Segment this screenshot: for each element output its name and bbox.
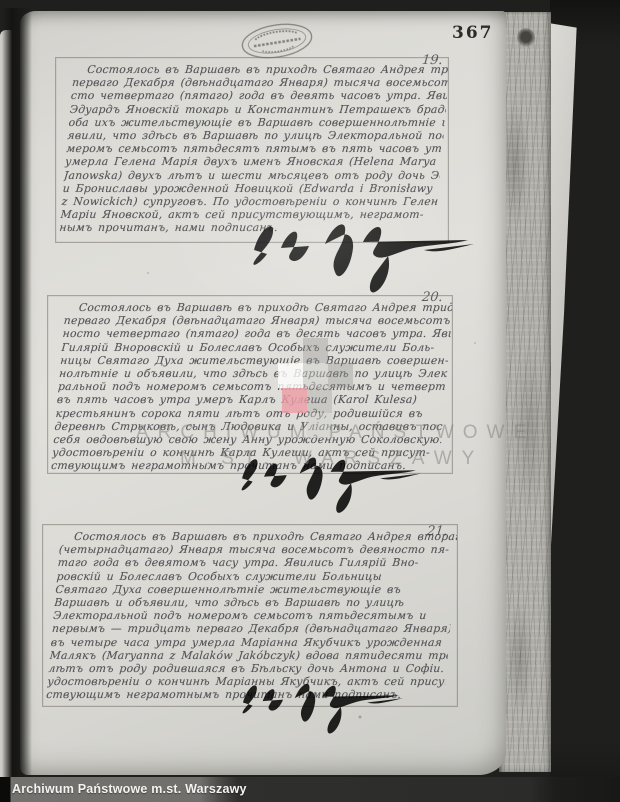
handwritten-line: Электоральной подъ номеромъ семьсотъ пят…	[53, 609, 452, 622]
handwritten-line: явили, что здѣсь въ Варшавѣ по улицѣ Эле…	[67, 129, 444, 142]
handwritten-line: деревнѣ Стрыковѣ, сынъ Людовика и Уліанн…	[54, 420, 443, 433]
handwritten-line: перваго Декабря (двѣнадцатаго Января) ты…	[72, 76, 449, 89]
handwritten-line: Эдуардъ Яновскій токарь и Константинъ Пе…	[69, 103, 446, 116]
handwritten-line: (четырнадцатаго) Января тысяча восемьсот…	[58, 543, 457, 556]
handwritten-line: крестьянинъ сорока пяти лѣтъ отъ роду, р…	[55, 407, 444, 420]
handwritten-line: Гилярій Вноровскій и Болеславъ Особыхъ с…	[61, 341, 450, 354]
footer-bar: Archiwum Państwowe m.st. Warszawy	[0, 777, 620, 802]
handwritten-line: Состоялось въ Варшавѣ въ приходѣ Святаго…	[64, 301, 453, 314]
book-page-block-edge	[499, 12, 551, 772]
previous-page-edge	[0, 30, 12, 790]
register-page: 367 19. Состоя	[20, 11, 506, 775]
handwritten-line: Состоялось въ Варшавѣ въ приходѣ Святаго…	[73, 63, 449, 76]
photo-scene: 367 19. Состоя	[0, 0, 620, 802]
handwritten-line: меромъ семьсотъ пятьдесятъ пятымъ въ пят…	[66, 142, 443, 155]
handwritten-line: первымъ — тридцать перваго Декабря (двѣн…	[51, 622, 450, 635]
handwritten-line: ницы Святаго Духа жительствующіе въ Варш…	[60, 354, 449, 367]
handwritten-line: носто четвертаго (пятаго) года въ десять…	[62, 327, 451, 340]
handwritten-line: Святаго Духа совершеннолѣтніе жительству…	[55, 583, 454, 596]
edge-hole-mark	[517, 28, 535, 48]
handwritten-line: ральной подъ номеромъ семьсотъ пятьдесят…	[57, 380, 446, 393]
handwritten-line: нолѣтніе и объявили, что здѣсь въ Варшав…	[59, 367, 448, 380]
handwritten-line: Состоялось въ Варшавѣ въ приходѣ Святаго…	[60, 530, 458, 543]
handwritten-line: Малякъ (Maryanna z Malaków Jakóbczyk) вд…	[49, 649, 448, 662]
footer-archive-label: Archiwum Państwowe m.st. Warszawy	[12, 781, 247, 798]
handwritten-line: въ пять часовъ утра умеръ Карлъ Кулеша (…	[56, 393, 445, 406]
handwritten-line: оба ихъ жительствующіе въ Варшавѣ соверш…	[68, 116, 445, 129]
handwritten-line: умерла Гелена Марія двухъ именъ Яновская…	[65, 155, 442, 168]
page-number: 367	[452, 25, 506, 42]
handwritten-line: ровскій и Болеславъ Особыхъ служители Бо…	[56, 570, 455, 583]
priest-signature-20-icon	[198, 441, 460, 519]
handwritten-line: и Брониславы урожденной Новицкой (Edward…	[62, 182, 439, 195]
handwritten-line: въ четыре часа утра умерла Маріанна Якуб…	[50, 636, 449, 649]
handwritten-line: сто четвертаго (пятаго) года въ девять ч…	[70, 89, 447, 102]
handwritten-line: таго года въ девятомъ часу утра. Явились…	[57, 556, 456, 569]
handwritten-line: перваго Декабря (двѣнадцатаго Января) ты…	[63, 314, 452, 327]
handwritten-line: Варшавѣ и объявили, что здѣсь въ Варшавѣ…	[54, 596, 453, 609]
handwritten-line: Janowska) двухъ лѣтъ и шести мѣсяцевъ от…	[63, 169, 440, 182]
priest-signature-21-icon	[192, 669, 450, 739]
